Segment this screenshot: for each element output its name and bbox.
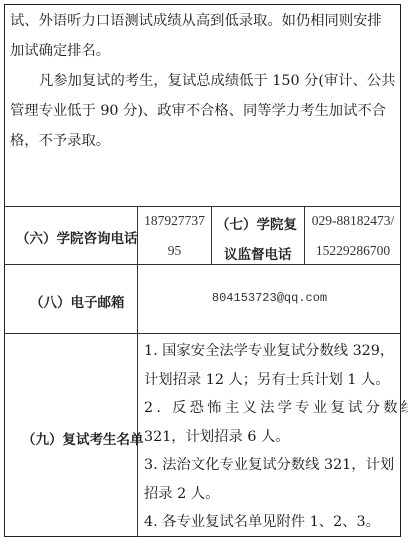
retest-list: 1. 国家安全法学专业复试分数线 329， 计划招录 12 人；另有士兵计划 1… bbox=[144, 337, 398, 537]
list-item: 4. 各专业复试名单见附件 1、2、3。 bbox=[144, 508, 398, 537]
paragraph-line: 加试确定排名。 bbox=[10, 36, 395, 66]
intro-paragraph: 试、外语听力口语测试成绩从高到低录取。如仍相同则安排 加试确定排名。 bbox=[10, 6, 395, 66]
email-value[interactable]: 804153723@qq.com bbox=[138, 291, 401, 305]
consult-phone-value-line2: 95 bbox=[138, 243, 211, 259]
email-label: （八）电子邮箱 bbox=[30, 291, 125, 311]
list-item: 2. 反恐怖主义法学专业复试分数线 bbox=[144, 394, 398, 423]
list-item: 3. 法治文化专业复试分数线 321，计划 bbox=[144, 451, 398, 480]
consult-phone-label: （六）学院咨询电话 bbox=[16, 227, 138, 247]
supervision-phone-value-line2: 15229286700 bbox=[305, 243, 401, 259]
document-page: 试、外语听力口语测试成绩从高到低录取。如仍相同则安排 加试确定排名。 凡参加复试… bbox=[0, 0, 408, 547]
list-item: 计划招录 12 人；另有士兵计划 1 人。 bbox=[144, 366, 398, 395]
paragraph-line: 格，不予录取。 bbox=[10, 126, 395, 156]
retest-list-label: （九）复试考生名单 bbox=[22, 428, 144, 448]
paragraph-line: 试、外语听力口语测试成绩从高到低录取。如仍相同则安排 bbox=[10, 6, 395, 36]
column-divider bbox=[211, 206, 212, 264]
paragraph-line: 管理专业低于 90 分)、政审不合格、同等学力考生加试不合 bbox=[10, 96, 395, 126]
supervision-phone-label-line1: （七）学院复 bbox=[216, 213, 297, 233]
supervision-phone-value-line1: 029-88182473/ bbox=[305, 213, 401, 229]
row-divider bbox=[4, 333, 401, 334]
consult-phone-value-line1: 187927737 bbox=[138, 213, 211, 229]
row-divider bbox=[4, 206, 401, 207]
row-divider bbox=[4, 264, 401, 265]
list-item: 1. 国家安全法学专业复试分数线 329， bbox=[144, 337, 398, 366]
paragraph-line: 凡参加复试的考生，复试总成绩低于 150 分(审计、公共 bbox=[10, 66, 395, 96]
rejection-paragraph: 凡参加复试的考生，复试总成绩低于 150 分(审计、公共 管理专业低于 90 分… bbox=[10, 66, 395, 156]
list-item: 招录 2 人。 bbox=[144, 480, 398, 509]
supervision-phone-label-line2: 议监督电话 bbox=[224, 243, 292, 263]
list-item: 321，计划招录 6 人。 bbox=[144, 423, 398, 452]
